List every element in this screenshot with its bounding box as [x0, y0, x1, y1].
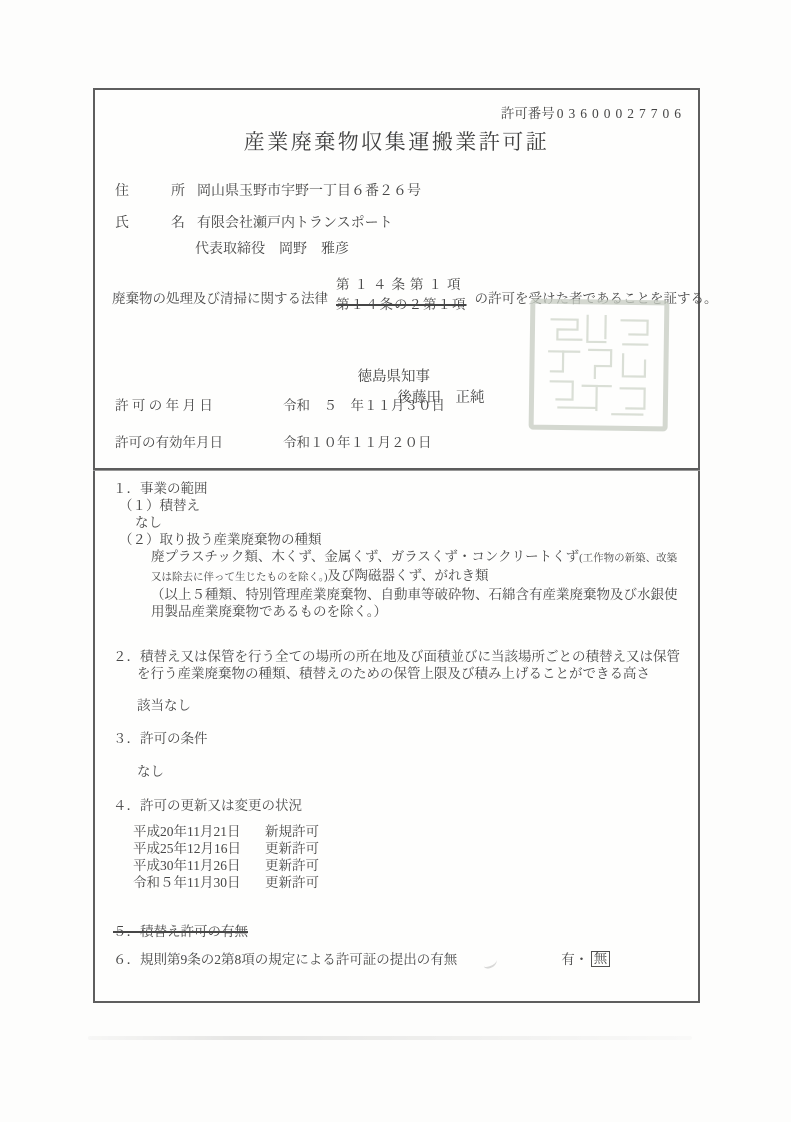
smudge-mark [482, 956, 498, 970]
section5-title-struck: ５．積替え許可の有無 [113, 923, 680, 940]
governor-seal-icon [524, 295, 674, 435]
permit-number-label: 許可番号 [501, 106, 555, 121]
issued-date-value: 令和 ５ 年１１月３０日 [283, 394, 445, 414]
section-divider [93, 468, 700, 471]
valid-date-label: 許可の有効年月日 [115, 431, 283, 451]
history-date: 平成30年11月26日 [133, 857, 265, 874]
history-row: 平成30年11月26日 更新許可 [133, 857, 680, 874]
section1-item2-label: （２）取り扱う産業廃棄物の種類 [113, 531, 680, 548]
law-article-struck: 第１４条の２第１項 [336, 296, 467, 313]
law-article-granted: 第１４条第１項 [336, 276, 467, 293]
section3-value: なし [113, 763, 680, 780]
waste-types-main: 廃プラスチック類、木くず、金属くず、ガラスくず・コンクリートくず [151, 549, 579, 564]
history-row: 平成25年12月16日 更新許可 [133, 840, 680, 857]
issuer-title: 徳島県知事 [358, 369, 431, 385]
law-article-stack: 第１４条第１項 第１４条の２第１項 [336, 276, 467, 313]
document-title: 産業廃棄物収集運搬業許可証 [95, 126, 698, 156]
history-row: 平成20年11月21日 新規許可 [133, 823, 680, 840]
permit-document: 許可番号03600027706 産業廃棄物収集運搬業許可証 住 所 岡山県玉野市… [93, 88, 700, 1003]
address-label: 住 所 [115, 180, 185, 200]
section1-waste-types: 廃プラスチック類、木くず、金属くず、ガラスくず・コンクリートくず(工作物の新築、… [113, 548, 680, 586]
scan-artifact-line [88, 1036, 692, 1040]
option-separator: ・ [575, 951, 589, 968]
issued-date-label: 許 可 の 年 月 日 [115, 394, 283, 414]
name-row: 氏 名 有限会社瀬戸内トランスポート [115, 212, 393, 232]
company-name: 有限会社瀬戸内トランスポート [197, 212, 393, 232]
section6-line: ６．規則第9条の2第8項の規定による許可証の提出の有無 有・無 [113, 950, 680, 968]
address-row: 住 所 岡山県玉野市宇野一丁目６番２６号 [115, 180, 421, 200]
waste-types-tail: 及び陶磁器くず、がれき類 [328, 568, 489, 583]
section6-options: 有・無 [561, 951, 610, 968]
law-name: 廃棄物の処理及び清掃に関する法律 [112, 287, 328, 307]
history-event: 更新許可 [265, 840, 319, 857]
history-event: 新規許可 [265, 823, 319, 840]
option-yes: 有 [561, 951, 575, 968]
section3-title: ３．許可の条件 [113, 730, 680, 747]
option-no-selected: 無 [591, 951, 610, 967]
section1-title: １．事業の範囲 [113, 480, 680, 497]
history-row: 令和５年11月30日 更新許可 [133, 874, 680, 891]
representative-row: 代表取締役 岡野 雅彦 [195, 238, 349, 258]
valid-date-value: 令和１０年１１月２０日 [283, 431, 432, 451]
section2-title: ２．積替え又は保管を行う全ての場所の所在地及び面積並びに当該場所ごとの積替え又は… [113, 648, 680, 682]
name-label: 氏 名 [115, 212, 185, 232]
history-date: 令和５年11月30日 [133, 874, 265, 891]
section1-item1-label: （１）積替え [113, 497, 680, 514]
history-event: 更新許可 [265, 857, 319, 874]
section1-item1-value: なし [113, 514, 680, 531]
valid-date-row: 許可の有効年月日 令和１０年１１月２０日 [115, 431, 432, 451]
history-date: 平成20年11月21日 [133, 823, 265, 840]
issued-date-row: 許 可 の 年 月 日 令和 ５ 年１１月３０日 [115, 394, 445, 414]
section4-title: ４．許可の更新又は変更の状況 [113, 797, 680, 814]
permit-history-list: 平成20年11月21日 新規許可 平成25年12月16日 更新許可 平成30年1… [113, 823, 680, 891]
representative-name: 代表取締役 岡野 雅彦 [195, 238, 349, 258]
section6-title: ６．規則第9条の2第8項の規定による許可証の提出の有無 [113, 951, 457, 968]
address-value: 岡山県玉野市宇野一丁目６番２６号 [197, 180, 421, 200]
permit-conditions-section: １．事業の範囲 （１）積替え なし （２）取り扱う産業廃棄物の種類 廃プラスチッ… [95, 472, 698, 968]
section2-value: 該当なし [113, 697, 680, 714]
history-event: 更新許可 [265, 874, 319, 891]
permit-number-value: 03600027706 [557, 106, 686, 121]
permit-number-line: 許可番号03600027706 [501, 102, 686, 122]
section1-exception: （以上５種類、特別管理産業廃棄物、自動車等破砕物、石綿含有産業廃棄物及び水銀使用… [113, 586, 680, 620]
history-date: 平成25年12月16日 [133, 840, 265, 857]
